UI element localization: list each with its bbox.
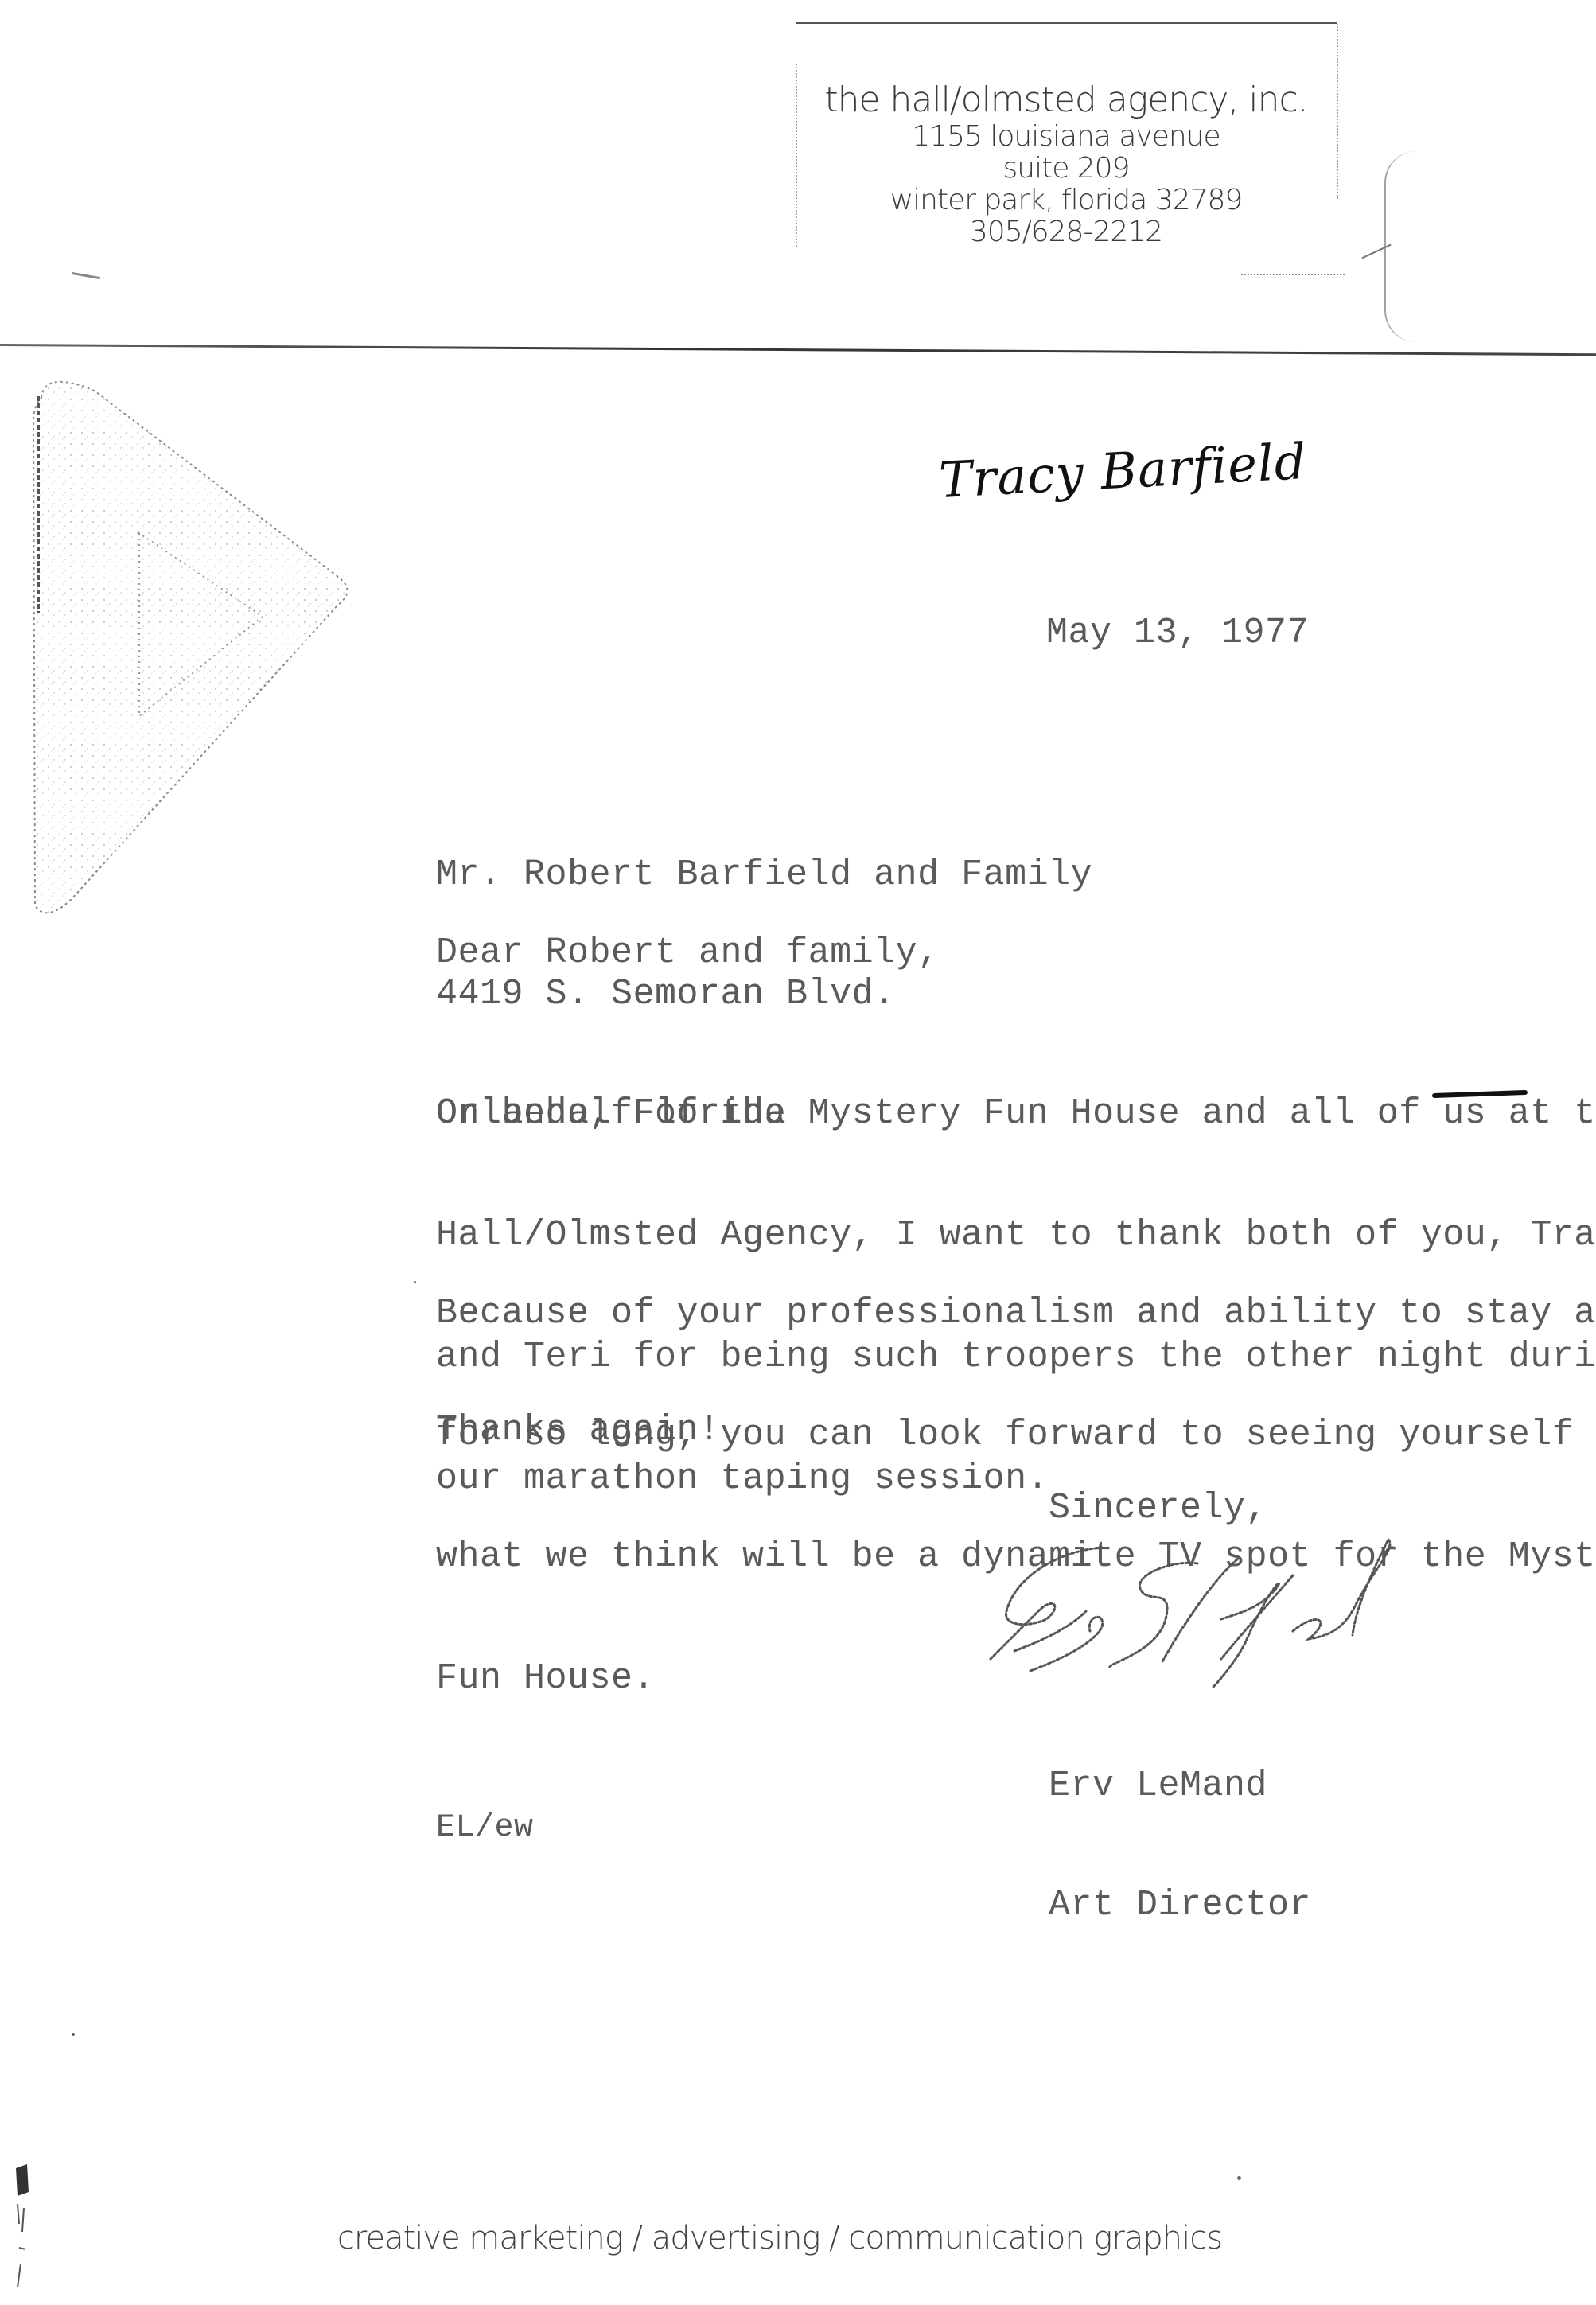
letterhead-top-line — [796, 22, 1337, 24]
letterhead-box-right-edge — [1337, 24, 1338, 199]
signer-block: Erv LeMand Art Director — [1049, 1687, 1311, 2005]
letter-page: the hall/olmsted agency, inc. 1155 louis… — [0, 0, 1596, 2305]
recipient-street: 4419 S. Semoran Blvd. — [436, 975, 1092, 1014]
thanks-line: Thanks again! — [436, 1410, 721, 1450]
reference-initials: EL/ew — [436, 1810, 534, 1846]
recipient-name: Mr. Robert Barfield and Family — [436, 855, 1092, 895]
signer-title: Art Director — [1049, 1886, 1311, 1925]
pen-mark — [1384, 151, 1418, 342]
triangle-play-logo-icon — [24, 374, 358, 947]
paragraph-line: Because of your professionalism and abil… — [436, 1293, 1596, 1334]
signer-name: Erv LeMand — [1049, 1766, 1311, 1806]
salutation: Dear Robert and family, — [436, 933, 940, 973]
scan-speck — [72, 2033, 75, 2036]
scan-speck — [1237, 2176, 1241, 2180]
scan-speck — [414, 1281, 416, 1283]
scan-speck — [1313, 1361, 1315, 1363]
address-phone: 305/628-2212 — [796, 216, 1337, 248]
footer-tagline: creative marketing / advertising / commu… — [302, 2220, 1257, 2256]
horizontal-rule — [0, 344, 1596, 356]
stray-mark — [72, 272, 100, 279]
letterhead-box-bottom-edge — [1241, 274, 1345, 275]
company-name: the hall/olmsted agency, inc. — [796, 80, 1337, 121]
paragraph-line: On behalf of the Mystery Fun House and a… — [436, 1093, 1596, 1134]
letter-date: May 13, 1977 — [1046, 613, 1309, 653]
handwritten-name: Tracy Barfield — [937, 432, 1308, 509]
closing: Sincerely, — [1049, 1488, 1267, 1528]
body-paragraph-2: Because of your professionalism and abil… — [436, 1212, 1596, 1780]
address-street: 1155 louisiana avenue — [796, 121, 1337, 153]
handwritten-signature-icon — [983, 1532, 1428, 1691]
address-suite: suite 209 — [796, 153, 1337, 185]
scan-edge-marks-icon — [10, 2160, 33, 2295]
letterhead: the hall/olmsted agency, inc. 1155 louis… — [796, 80, 1337, 248]
address-city: winter park, florida 32789 — [796, 185, 1337, 216]
